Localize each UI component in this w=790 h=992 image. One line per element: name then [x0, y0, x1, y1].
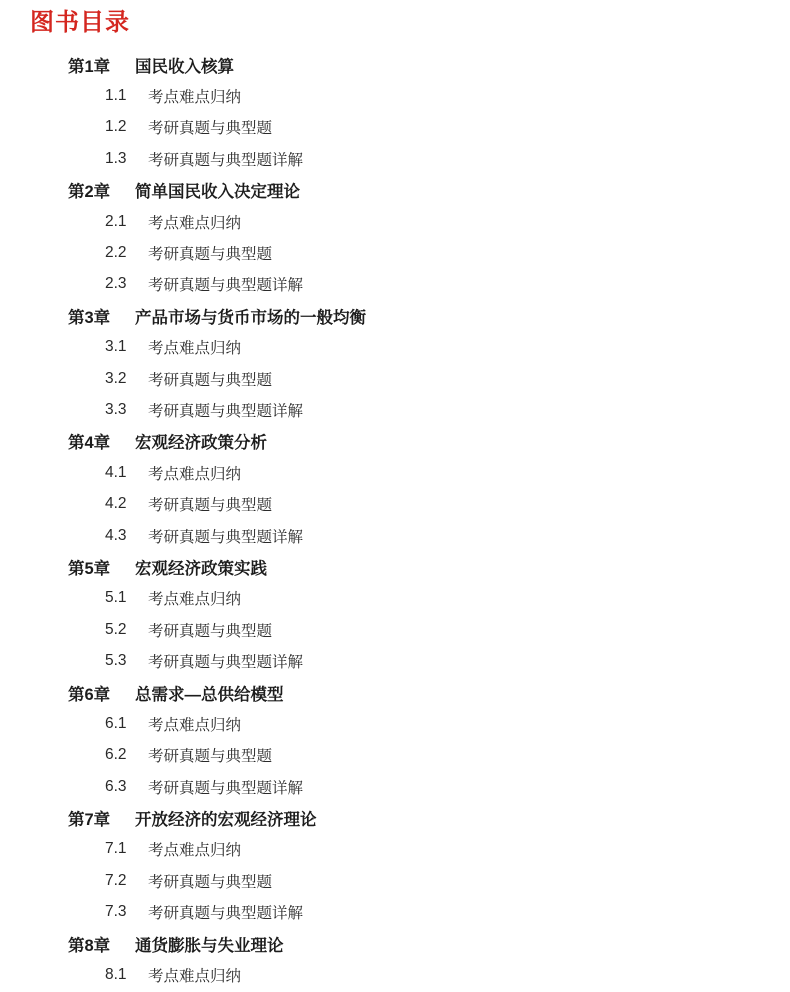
chapter-heading: 第1章 国民收入核算 [0, 49, 790, 80]
chapter-number: 第5章 [68, 555, 135, 579]
section-title: 考点难点归纳 [148, 964, 241, 986]
chapter-number: 第8章 [68, 932, 135, 956]
page-title: 图书目录 [0, 0, 790, 38]
section-title: 考研真题与典型题 [148, 744, 272, 766]
toc-section-item: 2.3 考研真题与典型题详解 [0, 269, 790, 300]
chapter-title: 开放经济的宏观经济理论 [135, 806, 317, 830]
toc-section-item: 1.1 考点难点归纳 [0, 80, 790, 111]
toc-section-item: 3.2 考研真题与典型题 [0, 363, 790, 394]
toc-section-item: 1.2 考研真题与典型题 [0, 112, 790, 143]
section-number: 2.3 [105, 275, 148, 293]
section-title: 考点难点归纳 [148, 838, 241, 860]
section-title: 考点难点归纳 [148, 85, 241, 107]
toc-list: 第1章 国民收入核算 1.1 考点难点归纳 1.2 考研真题与典型题 1.3 考… [0, 38, 790, 991]
section-title: 考研真题与典型题详解 [148, 901, 303, 923]
section-title: 考研真题与典型题详解 [148, 525, 303, 547]
toc-section-item: 5.1 考点难点归纳 [0, 583, 790, 614]
chapter-heading: 第8章 通货膨胀与失业理论 [0, 928, 790, 959]
section-title: 考点难点归纳 [148, 211, 241, 233]
toc-section-item: 7.2 考研真题与典型题 [0, 865, 790, 896]
section-number: 6.1 [105, 715, 148, 733]
toc-section-item: 3.1 考点难点归纳 [0, 332, 790, 363]
toc-section-item: 2.2 考研真题与典型题 [0, 237, 790, 268]
section-number: 1.2 [105, 118, 148, 136]
toc-section-item: 4.1 考点难点归纳 [0, 457, 790, 488]
section-title: 考研真题与典型题 [148, 368, 272, 390]
section-number: 4.2 [105, 495, 148, 513]
toc-section-item: 2.1 考点难点归纳 [0, 206, 790, 237]
section-title: 考研真题与典型题 [148, 242, 272, 264]
toc-section-item: 5.2 考研真题与典型题 [0, 614, 790, 645]
chapter-heading: 第7章 开放经济的宏观经济理论 [0, 802, 790, 833]
chapter-number: 第6章 [68, 681, 135, 705]
section-number: 6.3 [105, 778, 148, 796]
section-number: 4.3 [105, 527, 148, 545]
section-number: 3.1 [105, 338, 148, 356]
section-number: 2.1 [105, 213, 148, 231]
section-title: 考研真题与典型题 [148, 870, 272, 892]
section-number: 8.1 [105, 966, 148, 984]
section-title: 考研真题与典型题详解 [148, 399, 303, 421]
section-title: 考点难点归纳 [148, 713, 241, 735]
toc-section-item: 4.3 考研真题与典型题详解 [0, 520, 790, 551]
section-number: 3.2 [105, 370, 148, 388]
toc-section-item: 4.2 考研真题与典型题 [0, 488, 790, 519]
section-number: 4.1 [105, 464, 148, 482]
chapter-heading: 第6章 总需求—总供给模型 [0, 677, 790, 708]
chapter-title: 宏观经济政策分析 [135, 429, 267, 453]
section-number: 5.1 [105, 589, 148, 607]
toc-section-item: 6.3 考研真题与典型题详解 [0, 771, 790, 802]
section-number: 7.1 [105, 840, 148, 858]
toc-section-item: 1.3 考研真题与典型题详解 [0, 143, 790, 174]
section-title: 考研真题与典型题 [148, 493, 272, 515]
chapter-title: 国民收入核算 [135, 53, 234, 77]
chapter-heading: 第2章 简单国民收入决定理论 [0, 175, 790, 206]
chapter-number: 第7章 [68, 806, 135, 830]
chapter-title: 产品市场与货币市场的一般均衡 [135, 304, 366, 328]
chapter-number: 第1章 [68, 53, 135, 77]
section-number: 1.1 [105, 87, 148, 105]
chapter-number: 第3章 [68, 304, 135, 328]
toc-section-item: 5.3 考研真题与典型题详解 [0, 645, 790, 676]
section-number: 1.3 [105, 150, 148, 168]
chapter-number: 第4章 [68, 429, 135, 453]
chapter-title: 通货膨胀与失业理论 [135, 932, 284, 956]
section-title: 考点难点归纳 [148, 587, 241, 609]
section-title: 考研真题与典型题详解 [148, 776, 303, 798]
section-number: 6.2 [105, 746, 148, 764]
toc-section-item: 7.3 考研真题与典型题详解 [0, 897, 790, 928]
section-number: 5.3 [105, 652, 148, 670]
chapter-heading: 第5章 宏观经济政策实践 [0, 551, 790, 582]
section-title: 考研真题与典型题详解 [148, 650, 303, 672]
chapter-number: 第2章 [68, 178, 135, 202]
section-title: 考研真题与典型题详解 [148, 148, 303, 170]
toc-section-item: 6.1 考点难点归纳 [0, 708, 790, 739]
section-title: 考点难点归纳 [148, 462, 241, 484]
section-number: 5.2 [105, 621, 148, 639]
section-title: 考研真题与典型题详解 [148, 273, 303, 295]
section-number: 3.3 [105, 401, 148, 419]
section-title: 考点难点归纳 [148, 336, 241, 358]
toc-section-item: 6.2 考研真题与典型题 [0, 740, 790, 771]
section-number: 7.2 [105, 872, 148, 890]
book-toc-page: 图书目录 第1章 国民收入核算 1.1 考点难点归纳 1.2 考研真题与典型题 … [0, 0, 790, 992]
toc-section-item: 7.1 考点难点归纳 [0, 834, 790, 865]
chapter-heading: 第3章 产品市场与货币市场的一般均衡 [0, 300, 790, 331]
chapter-title: 总需求—总供给模型 [135, 681, 284, 705]
toc-section-item: 8.1 考点难点归纳 [0, 959, 790, 990]
section-title: 考研真题与典型题 [148, 116, 272, 138]
section-number: 2.2 [105, 244, 148, 262]
section-title: 考研真题与典型题 [148, 619, 272, 641]
chapter-heading: 第4章 宏观经济政策分析 [0, 426, 790, 457]
section-number: 7.3 [105, 903, 148, 921]
chapter-title: 宏观经济政策实践 [135, 555, 267, 579]
toc-section-item: 3.3 考研真题与典型题详解 [0, 394, 790, 425]
chapter-title: 简单国民收入决定理论 [135, 178, 300, 202]
